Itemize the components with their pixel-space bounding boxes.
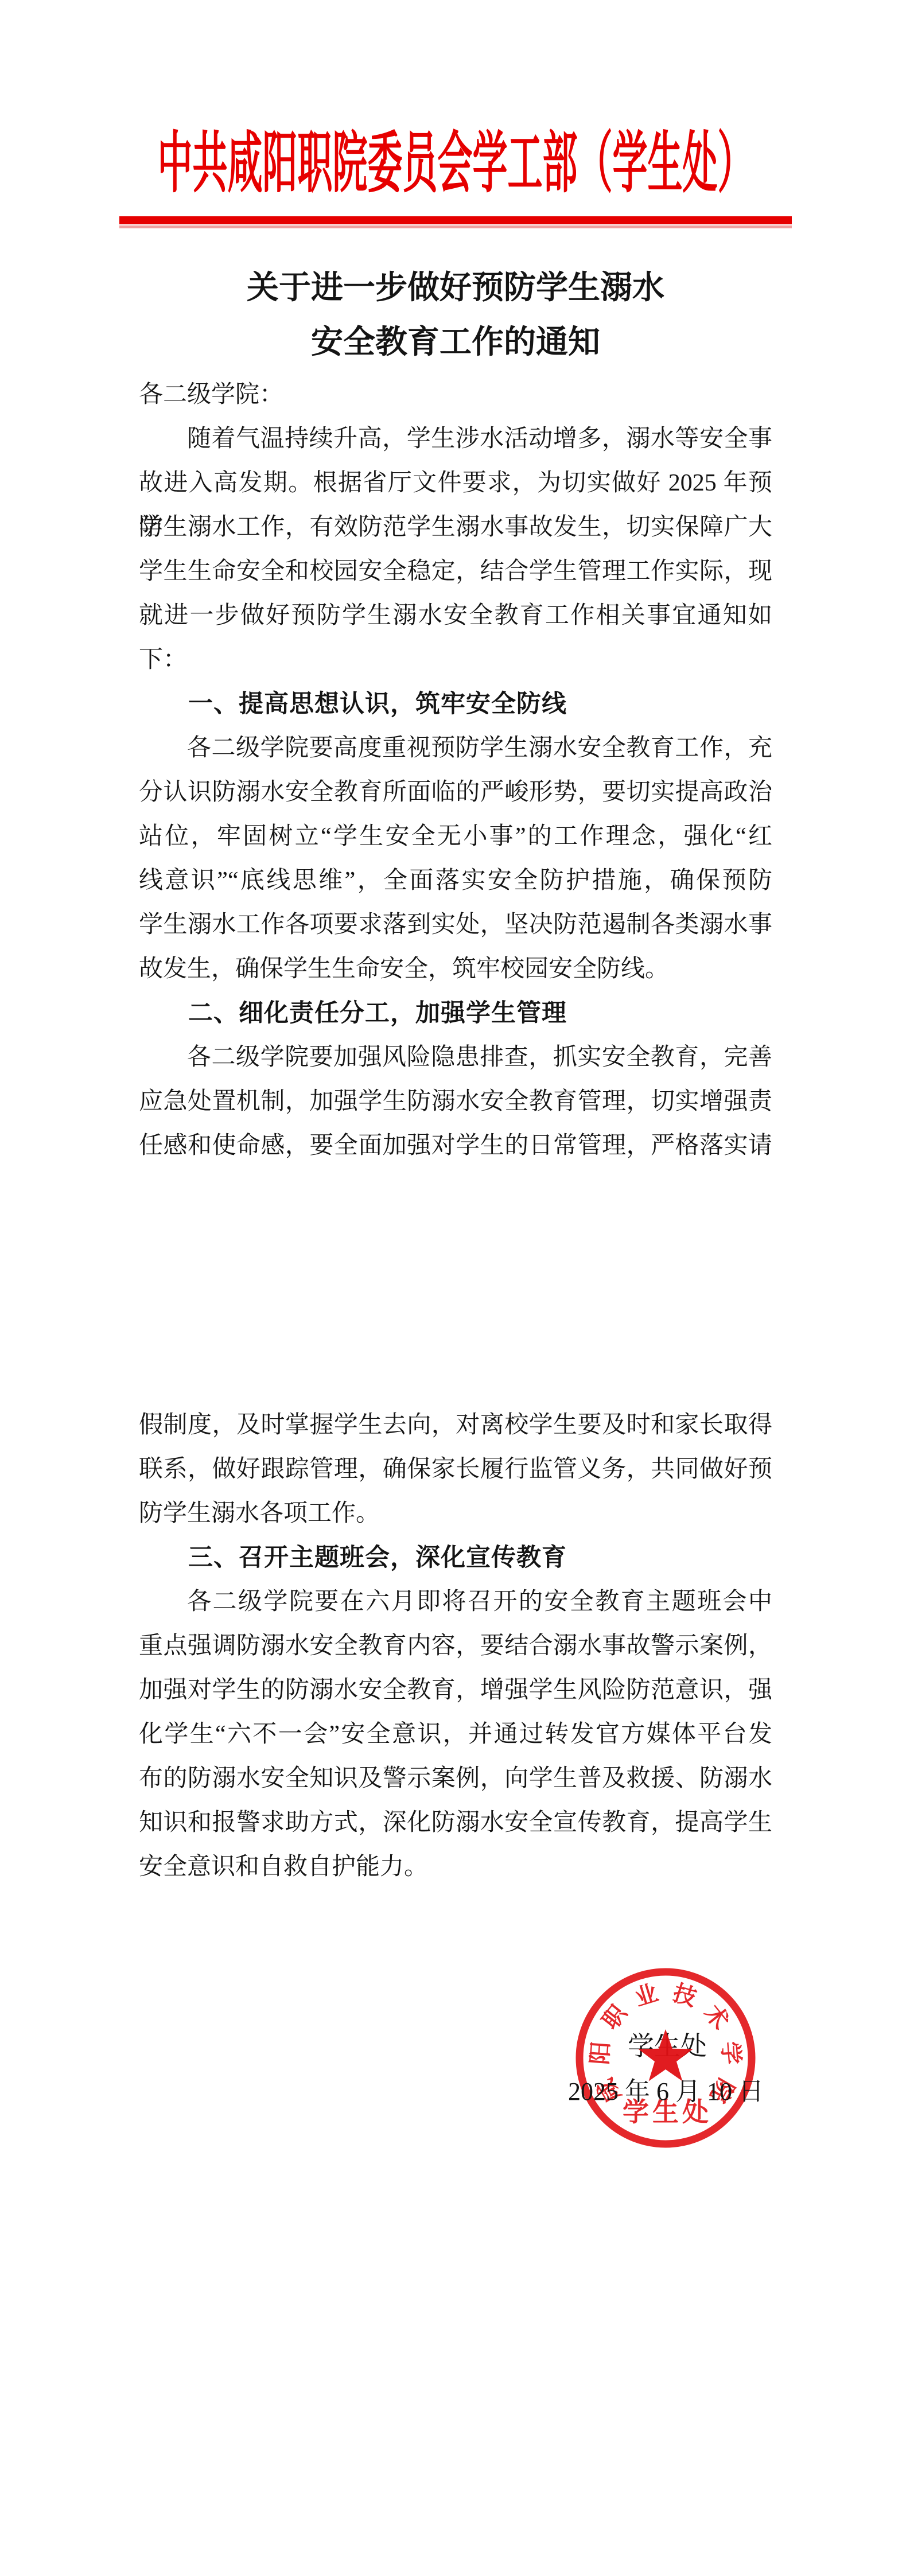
body-line: 联系，做好跟踪管理，确保家长履行监管义务，共同做好预: [139, 1447, 772, 1492]
seal-star-icon: [631, 2024, 700, 2092]
body-line: 下：: [139, 638, 772, 682]
section-heading-3: 三、召开主题班会，深化宣传教育: [139, 1536, 772, 1580]
body-line: 站位，牢固树立“学生安全无小事”的工作理念，强化“红: [139, 815, 772, 859]
page-break-gap: [139, 1168, 772, 1403]
letterhead-title: 中共咸阳职院委员会学工部（学生处）: [0, 131, 910, 199]
body-line: 各二级学院要加强风险隐患排查，抓实安全教育，完善: [139, 1036, 772, 1080]
section-heading-2: 二、细化责任分工，加强学生管理: [139, 991, 772, 1036]
body-line: 故发生，确保学生生命安全，筑牢校园安全防线。: [139, 947, 772, 991]
notice-title-line-1: 关于进一步做好预防学生溺水: [139, 261, 772, 316]
section-heading-1: 一、提高思想认识，筑牢安全防线: [139, 682, 772, 726]
seal-ring-char: 技: [670, 1980, 699, 2011]
notice-body: 各二级学院： 随着气温持续升高，学生涉水活动增多，溺水等安全事 故进入高发期。根…: [139, 373, 772, 1889]
seal-ring-char: 业: [632, 1980, 661, 2011]
seal-ring-char: 学: [717, 2041, 745, 2065]
body-line: 各二级学院要高度重视预防学生溺水安全教育工作，充: [139, 726, 772, 771]
body-line: 知识和报警求助方式，深化防溺水安全宣传教育，提高学生: [139, 1801, 772, 1845]
body-line: 随着气温持续升高，学生涉水活动增多，溺水等安全事: [139, 417, 772, 461]
letterhead-rule: [119, 216, 792, 228]
notice-title: 关于进一步做好预防学生溺水 安全教育工作的通知: [139, 261, 772, 370]
body-line: 分认识防溺水安全教育所面临的严峻形势，要切实提高政治: [139, 771, 772, 815]
recipient-line: 各二级学院：: [139, 373, 772, 417]
body-line: 就进一步做好预防学生溺水安全教育工作相关事宜通知如: [139, 594, 772, 638]
rule-thick-line: [119, 216, 792, 224]
body-line: 各二级学院要在六月即将召开的安全教育主题班会中: [139, 1580, 772, 1624]
seal-ring-char: 术: [699, 2000, 734, 2034]
rule-thin-line: [119, 225, 792, 228]
body-line: 化学生“六不一会”安全意识，并通过转发官方媒体平台发: [139, 1713, 772, 1757]
body-line: 重点强调防溺水安全教育内容，要结合溺水事故警示案例，: [139, 1624, 772, 1668]
body-line: 防学生溺水各项工作。: [139, 1492, 772, 1536]
seal-ring-char: 阳: [586, 2041, 614, 2065]
notice-title-line-2: 安全教育工作的通知: [139, 316, 772, 370]
body-line: 线意识”“底线思维”，全面落实安全防护措施，确保预防: [139, 859, 772, 903]
body-line: 假制度，及时掌握学生去向，对离校学生要及时和家长取得: [139, 1403, 772, 1447]
body-line: 学生溺水工作各项要求落到实处，坚决防范遏制各类溺水事: [139, 903, 772, 947]
body-line: 任感和使命感，要全面加强对学生的日常管理，严格落实请: [139, 1124, 772, 1168]
body-line: 故进入高发期。根据省厅文件要求，为切实做好 2025 年预防: [139, 461, 772, 505]
body-line: 布的防溺水安全知识及警示案例，向学生普及救援、防溺水: [139, 1757, 772, 1801]
body-line: 安全意识和自救自护能力。: [139, 1845, 772, 1889]
body-line: 学生生命安全和校园安全稳定，结合学生管理工作实际，现: [139, 550, 772, 594]
body-line: 应急处置机制，加强学生防溺水安全教育管理，切实增强责: [139, 1080, 772, 1124]
body-line: 学生溺水工作，有效防范学生溺水事故发生，切实保障广大: [139, 505, 772, 550]
document-page: 中共咸阳职院委员会学工部（学生处） 关于进一步做好预防学生溺水 安全教育工作的通…: [0, 0, 910, 2576]
body-line: 加强对学生的防溺水安全教育，增强学生风险防范意识，强: [139, 1668, 772, 1713]
